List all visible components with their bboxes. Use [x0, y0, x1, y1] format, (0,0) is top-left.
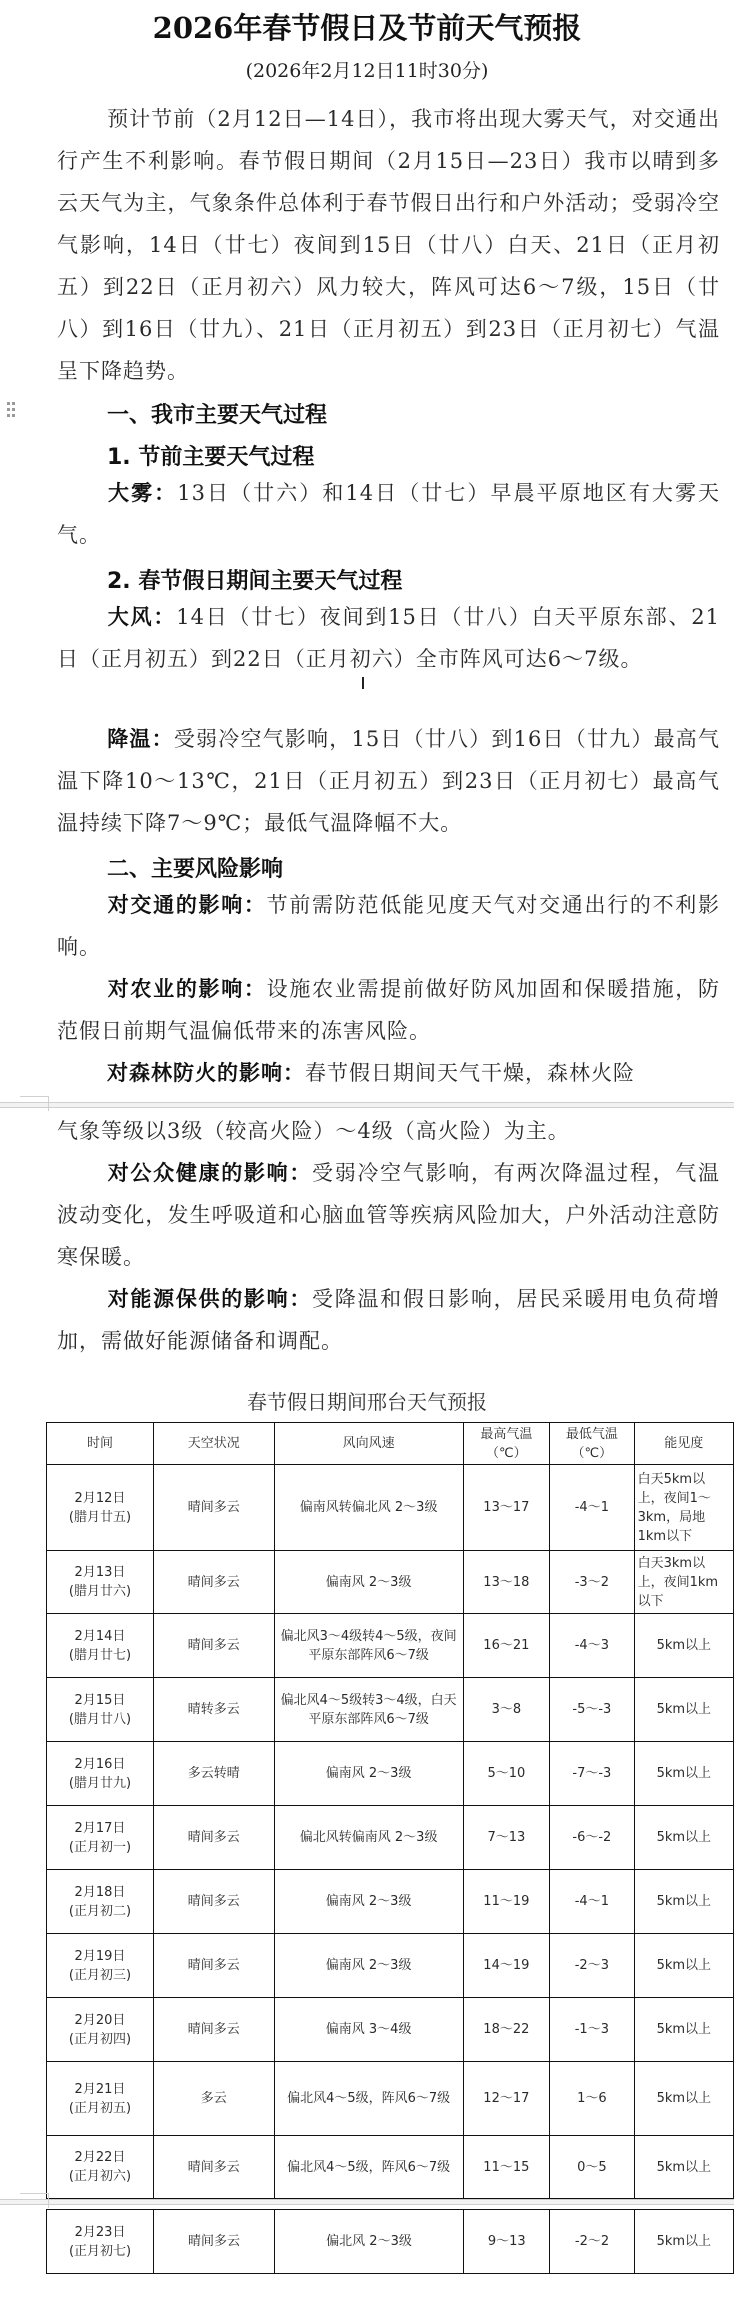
- fog-paragraph: 大雾：13日（廿六）和14日（廿七）早晨平原地区有大雾天气。: [57, 472, 720, 556]
- low-cell: 0～5: [550, 2136, 635, 2199]
- low-cell: -7～-3: [550, 1742, 635, 1806]
- table-row: 2月16日(腊月廿九) 多云转晴 偏南风 2～3级 5～10 -7～-3 5km…: [47, 1742, 734, 1806]
- wind-cell: 偏北风4～5级，阵风6～7级: [274, 2062, 463, 2136]
- high-cell: 11～15: [463, 2136, 549, 2199]
- visibility-cell: 5km以上: [634, 1678, 733, 1742]
- low-cell: 1～6: [550, 2062, 635, 2136]
- section1-heading: 一、我市主要天气过程: [107, 398, 327, 429]
- high-cell: 7～13: [463, 1806, 549, 1870]
- date-cell: 2月12日(腊月廿五): [47, 1465, 154, 1551]
- document-title: 2026年春节假日及节前天气预报: [0, 6, 734, 47]
- lunar-date: (腊月廿五): [50, 1508, 150, 1527]
- high-cell: 16～21: [463, 1614, 549, 1678]
- section1-sub1-heading: 1. 节前主要天气过程: [107, 440, 314, 471]
- table-row: 2月14日(腊月廿七) 晴间多云 偏北风3～4级转4～5级，夜间平原东部阵风6～…: [47, 1614, 734, 1678]
- table-row: 2月22日(正月初六) 晴间多云 偏北风4～5级，阵风6～7级 11～15 0～…: [47, 2136, 734, 2199]
- intro-text: 预计节前（2月12日—14日），我市将出现大雾天气，对交通出行产生不利影响。春节…: [57, 107, 720, 383]
- visibility-cell: 5km以上: [634, 1614, 733, 1678]
- agriculture-lead: 对农业的影响：: [107, 977, 267, 1001]
- date: 2月20日: [50, 2011, 150, 2030]
- visibility-cell: 5km以上: [634, 1806, 733, 1870]
- fog-lead: 大雾：: [107, 481, 177, 505]
- forecast-table-continued: 2月23日(正月初七) 晴间多云 偏北风 2～3级 9～13 -2～2 5km以…: [46, 2209, 734, 2274]
- low-cell: -3～2: [550, 1551, 635, 1614]
- low-cell: -4～1: [550, 1870, 635, 1934]
- traffic-paragraph: 对交通的影响：节前需防范低能见度天气对交通出行的不利影响。: [57, 884, 720, 968]
- header-low: 最低气温（℃）: [550, 1423, 635, 1465]
- wind-lead: 大风：: [107, 605, 176, 629]
- lunar-date: (正月初三): [50, 1966, 150, 1985]
- page-corner-mark: [20, 2193, 49, 2208]
- date: 2月18日: [50, 1883, 150, 1902]
- lunar-date: (腊月廿八): [50, 1710, 150, 1729]
- lunar-date: (正月初七): [50, 2242, 150, 2261]
- agriculture-paragraph: 对农业的影响：设施农业需提前做好防风加固和保暖措施，防范假日前期气温偏低带来的冻…: [57, 968, 720, 1052]
- date-cell: 2月20日(正月初四): [47, 1998, 154, 2062]
- wind-cell: 偏南风 2～3级: [274, 1934, 463, 1998]
- high-cell: 13～17: [463, 1465, 549, 1551]
- table-row: 2月18日(正月初二) 晴间多云 偏南风 2～3级 11～19 -4～1 5km…: [47, 1870, 734, 1934]
- visibility-cell: 5km以上: [634, 1742, 733, 1806]
- date: 2月12日: [50, 1489, 150, 1508]
- wind-cell: 偏北风转偏南风 2～3级: [274, 1806, 463, 1870]
- low-cell: -2～2: [550, 2210, 634, 2274]
- sky-cell: 晴间多云: [153, 1870, 274, 1934]
- low-cell: -6～-2: [550, 1806, 635, 1870]
- energy-paragraph: 对能源保供的影响：受降温和假日影响，居民采暖用电负荷增加，需做好能源储备和调配。: [57, 1278, 720, 1362]
- visibility-cell: 5km以上: [634, 2136, 733, 2199]
- date: 2月22日: [50, 2148, 150, 2167]
- sky-cell: 晴间多云: [153, 1614, 274, 1678]
- page-corner-mark: [20, 1096, 49, 1111]
- forest-fire-text: 春节假日期间天气干燥，森林火险: [305, 1061, 635, 1085]
- table-row: 2月13日(腊月廿六) 晴间多云 偏南风 2～3级 13～18 -3～2 白天3…: [47, 1551, 734, 1614]
- health-paragraph: 对公众健康的影响：受弱冷空气影响，有两次降温过程，气温波动变化，发生呼吸道和心脑…: [57, 1152, 720, 1278]
- low-cell: -5～-3: [550, 1678, 635, 1742]
- visibility-cell: 白天3km以上，夜间1km以下: [634, 1551, 733, 1614]
- page-break: [0, 1102, 734, 1108]
- header-sky: 天空状况: [153, 1423, 274, 1465]
- lunar-date: (正月初五): [50, 2099, 150, 2118]
- cooling-lead: 降温：: [107, 727, 174, 751]
- sky-cell: 多云转晴: [153, 1742, 274, 1806]
- lunar-date: (正月初二): [50, 1902, 150, 1921]
- sky-cell: 晴间多云: [153, 1934, 274, 1998]
- date-cell: 2月19日(正月初三): [47, 1934, 154, 1998]
- table-row: 2月15日(腊月廿八) 晴转多云 偏北风4～5级转3～4级，白天平原东部阵风6～…: [47, 1678, 734, 1742]
- lunar-date: (腊月廿六): [50, 1582, 150, 1601]
- health-lead: 对公众健康的影响：: [107, 1161, 312, 1185]
- date-cell: 2月23日(正月初七): [47, 2210, 154, 2274]
- date: 2月13日: [50, 1563, 150, 1582]
- sky-cell: 晴间多云: [153, 2136, 274, 2199]
- date-cell: 2月21日(正月初五): [47, 2062, 154, 2136]
- page-break: [0, 2199, 734, 2205]
- low-cell: -4～3: [550, 1614, 635, 1678]
- date-cell: 2月15日(腊月廿八): [47, 1678, 154, 1742]
- high-cell: 9～13: [464, 2210, 550, 2274]
- visibility-cell: 5km以上: [634, 2210, 733, 2274]
- text-cursor: [362, 677, 364, 689]
- date-cell: 2月16日(腊月廿九): [47, 1742, 154, 1806]
- header-wind: 风向风速: [274, 1423, 463, 1465]
- date-cell: 2月13日(腊月廿六): [47, 1551, 154, 1614]
- forest-fire-paragraph: 对森林防火的影响：春节假日期间天气干燥，森林火险: [57, 1052, 720, 1094]
- date-cell: 2月17日(正月初一): [47, 1806, 154, 1870]
- table-row: 2月12日(腊月廿五) 晴间多云 偏南风转偏北风 2～3级 13～17 -4～1…: [47, 1465, 734, 1551]
- date: 2月21日: [50, 2080, 150, 2099]
- header-time: 时间: [47, 1423, 154, 1465]
- energy-lead: 对能源保供的影响：: [107, 1287, 312, 1311]
- intro-paragraph: 预计节前（2月12日—14日），我市将出现大雾天气，对交通出行产生不利影响。春节…: [57, 98, 720, 392]
- low-cell: -4～1: [550, 1465, 635, 1551]
- visibility-cell: 5km以上: [634, 1934, 733, 1998]
- forecast-table: 时间 天空状况 风向风速 最高气温（℃） 最低气温（℃） 能见度 2月12日(腊…: [46, 1422, 734, 2199]
- drag-handle-icon[interactable]: [7, 402, 15, 418]
- table-header-row: 时间 天空状况 风向风速 最高气温（℃） 最低气温（℃） 能见度: [47, 1423, 734, 1465]
- wind-cell: 偏南风 2～3级: [274, 1870, 463, 1934]
- wind-cell: 偏北风4～5级转3～4级，白天平原东部阵风6～7级: [274, 1678, 463, 1742]
- table-row: 2月21日(正月初五) 多云 偏北风4～5级，阵风6～7级 12～17 1～6 …: [47, 2062, 734, 2136]
- high-cell: 18～22: [463, 1998, 549, 2062]
- date-cell: 2月14日(腊月廿七): [47, 1614, 154, 1678]
- date: 2月23日: [50, 2223, 150, 2242]
- high-cell: 13～18: [463, 1551, 549, 1614]
- high-cell: 14～19: [463, 1934, 549, 1998]
- wind-cell: 偏南风 2～3级: [274, 1742, 463, 1806]
- sky-cell: 晴间多云: [153, 1998, 274, 2062]
- visibility-cell: 5km以上: [634, 2062, 733, 2136]
- sky-cell: 晴间多云: [153, 1465, 274, 1551]
- traffic-lead: 对交通的影响：: [107, 893, 267, 917]
- wind-cell: 偏北风 2～3级: [274, 2210, 463, 2274]
- lunar-date: (正月初六): [50, 2167, 150, 2186]
- forest-fire-continued-text: 气象等级以3级（较高火险）～4级（高火险）为主。: [57, 1119, 570, 1143]
- wind-paragraph: 大风：14日（廿七）夜间到15日（廿八）白天平原东部、21日（正月初五）到22日…: [57, 596, 720, 680]
- visibility-cell: 5km以上: [634, 1998, 733, 2062]
- visibility-cell: 5km以上: [634, 1870, 733, 1934]
- date: 2月17日: [50, 1819, 150, 1838]
- sky-cell: 晴间多云: [154, 2210, 275, 2274]
- wind-cell: 偏南风 2～3级: [274, 1551, 463, 1614]
- wind-cell: 偏北风4～5级，阵风6～7级: [274, 2136, 463, 2199]
- cooling-paragraph: 降温：受弱冷空气影响，15日（廿八）到16日（廿九）最高气温下降10～13℃，2…: [57, 718, 720, 844]
- low-cell: -1～3: [550, 1998, 635, 2062]
- date: 2月15日: [50, 1691, 150, 1710]
- table-row: 2月23日(正月初七) 晴间多云 偏北风 2～3级 9～13 -2～2 5km以…: [47, 2210, 734, 2274]
- high-cell: 11～19: [463, 1870, 549, 1934]
- wind-cell: 偏南风转偏北风 2～3级: [274, 1465, 463, 1551]
- high-cell: 3～8: [463, 1678, 549, 1742]
- sky-cell: 多云: [153, 2062, 274, 2136]
- lunar-date: (腊月廿七): [50, 1646, 150, 1665]
- high-cell: 12～17: [463, 2062, 549, 2136]
- lunar-date: (正月初四): [50, 2030, 150, 2049]
- table-title: 春节假日期间邢台天气预报: [0, 1386, 734, 1415]
- sky-cell: 晴间多云: [153, 1806, 274, 1870]
- date: 2月16日: [50, 1755, 150, 1774]
- lunar-date: (腊月廿九): [50, 1774, 150, 1793]
- high-cell: 5～10: [463, 1742, 549, 1806]
- wind-cell: 偏南风 3～4级: [274, 1998, 463, 2062]
- issue-time: (2026年2月12日11时30分): [0, 56, 734, 83]
- forest-fire-lead: 对森林防火的影响：: [107, 1061, 305, 1085]
- date-cell: 2月22日(正月初六): [47, 2136, 154, 2199]
- header-high: 最高气温（℃）: [463, 1423, 549, 1465]
- wind-cell: 偏北风3～4级转4～5级，夜间平原东部阵风6～7级: [274, 1614, 463, 1678]
- date: 2月19日: [50, 1947, 150, 1966]
- sky-cell: 晴转多云: [153, 1678, 274, 1742]
- visibility-cell: 白天5km以上，夜间1～3km，局地1km以下: [634, 1465, 733, 1551]
- table-row: 2月17日(正月初一) 晴间多云 偏北风转偏南风 2～3级 7～13 -6～-2…: [47, 1806, 734, 1870]
- header-visibility: 能见度: [634, 1423, 733, 1465]
- date: 2月14日: [50, 1627, 150, 1646]
- lunar-date: (正月初一): [50, 1838, 150, 1857]
- section1-sub2-heading: 2. 春节假日期间主要天气过程: [107, 564, 402, 595]
- table-row: 2月19日(正月初三) 晴间多云 偏南风 2～3级 14～19 -2～3 5km…: [47, 1934, 734, 1998]
- low-cell: -2～3: [550, 1934, 635, 1998]
- table-row: 2月20日(正月初四) 晴间多云 偏南风 3～4级 18～22 -1～3 5km…: [47, 1998, 734, 2062]
- section2-heading: 二、主要风险影响: [107, 852, 283, 883]
- forest-fire-continued: 气象等级以3级（较高火险）～4级（高火险）为主。: [57, 1110, 720, 1152]
- date-cell: 2月18日(正月初二): [47, 1870, 154, 1934]
- sky-cell: 晴间多云: [153, 1551, 274, 1614]
